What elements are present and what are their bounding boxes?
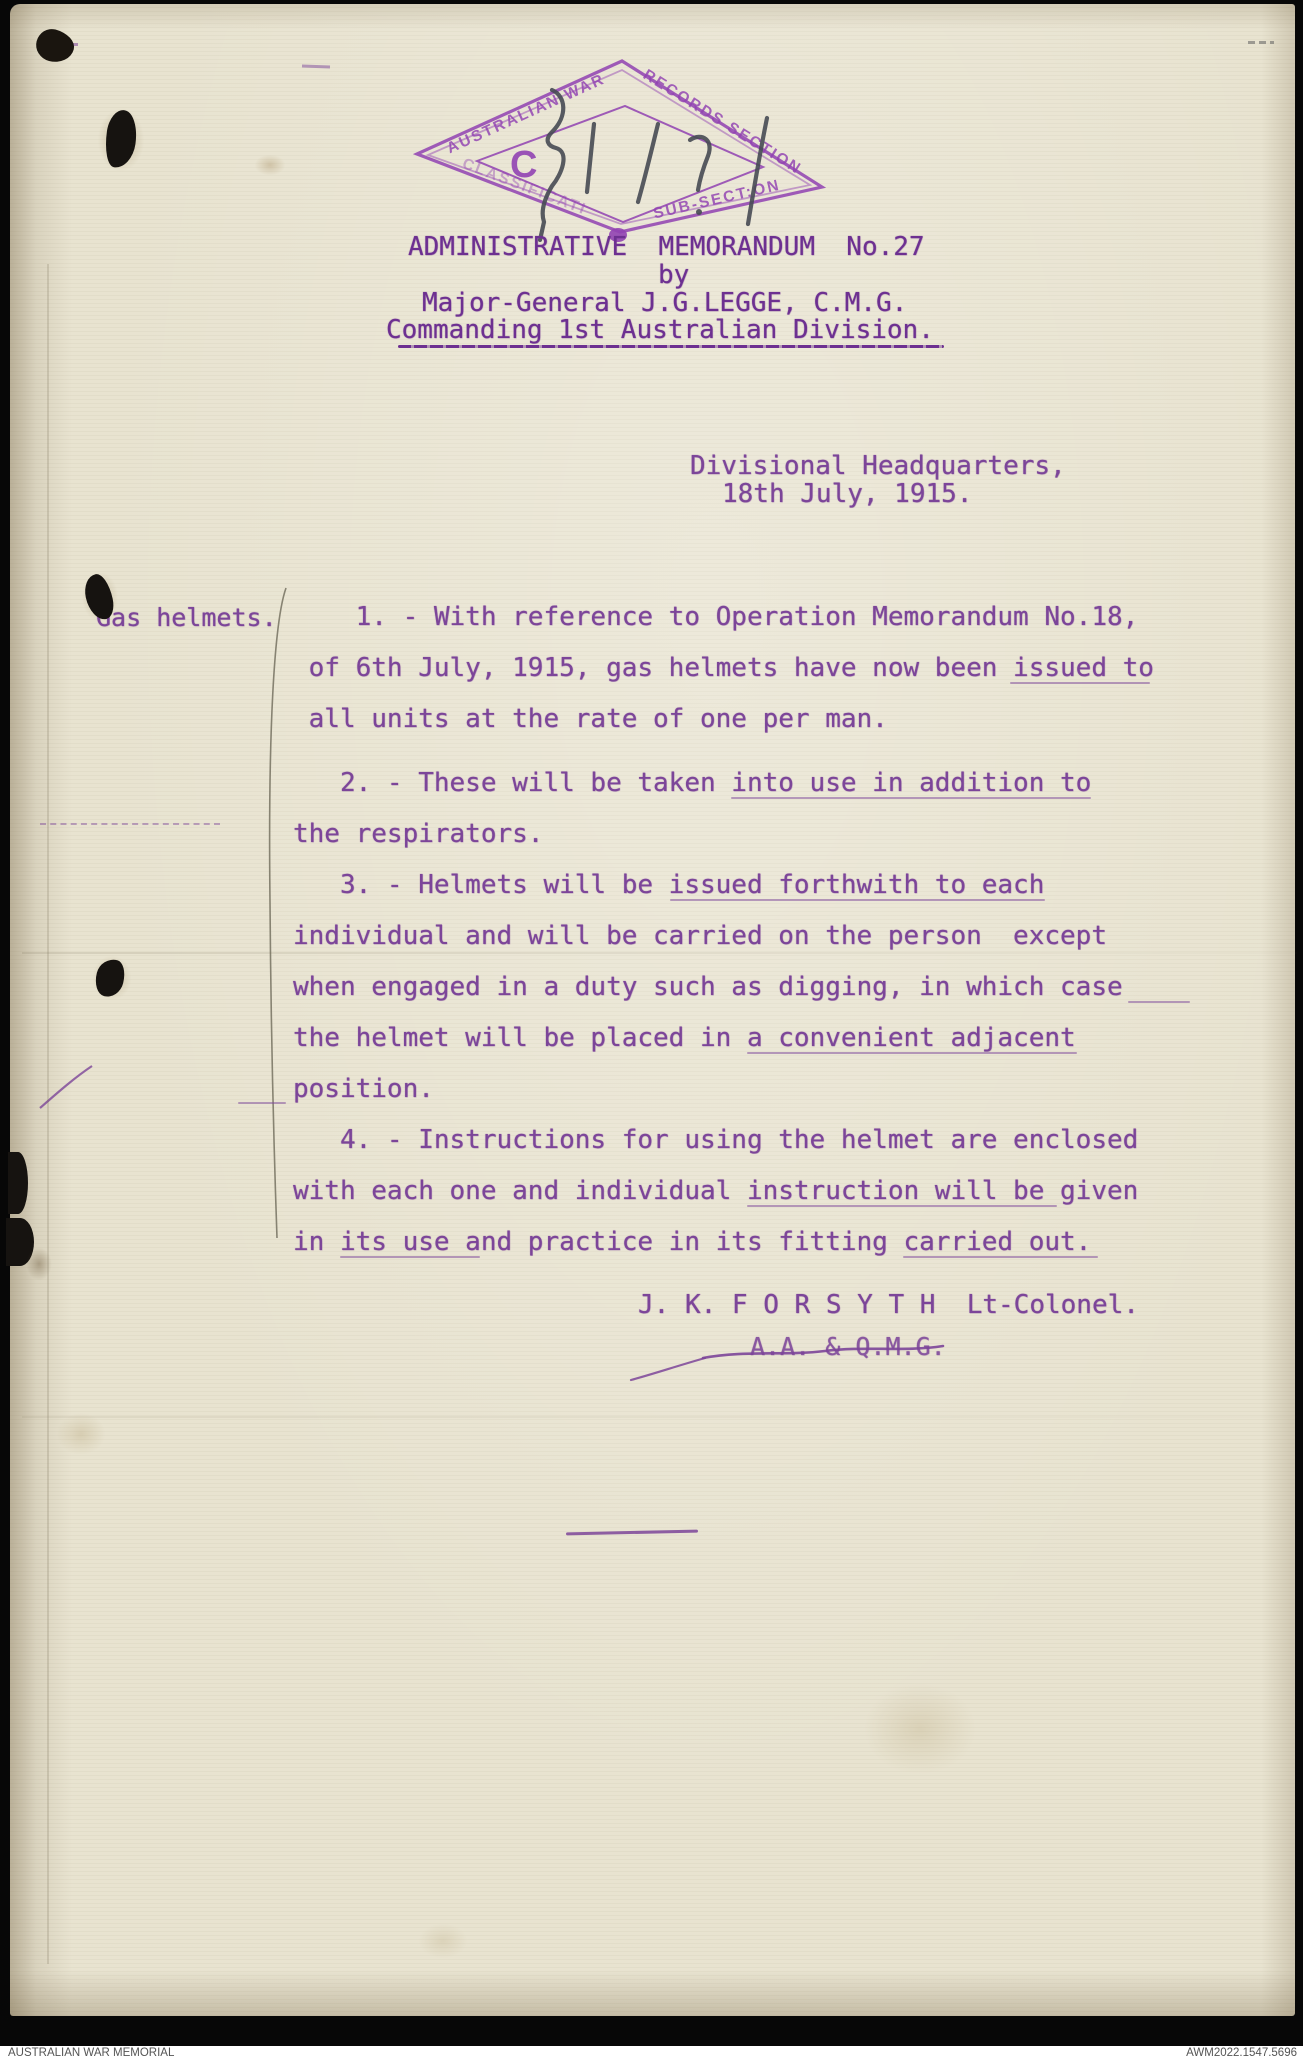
body-line: in its use and practice in its fitting c… — [293, 1217, 1193, 1268]
stamp-letter-c: C — [510, 144, 537, 186]
body-line: 2. - These will be taken into use in add… — [293, 758, 1193, 809]
body-line: with each one and individual instruction… — [293, 1166, 1193, 1217]
margin-note: Gas helmets. — [96, 603, 277, 632]
paragraph: 1. - With reference to Operation Memoran… — [293, 592, 1193, 745]
typed-underline-artifact — [670, 899, 1045, 901]
body-line: the respirators. — [293, 809, 1193, 860]
archive-item-id: AWM2022.1547.5696 — [1186, 2046, 1297, 2061]
edge-smudge — [22, 1242, 56, 1286]
archive-name: AUSTRALIAN WAR MEMORIAL — [8, 2046, 174, 2061]
signature-name: J. K. F O R S Y T H Lt-Colonel. — [638, 1290, 1139, 1320]
stamp-text-top-right: RECORDS SECTION — [640, 66, 805, 178]
dateline-place: Divisional Headquarters, — [690, 451, 1066, 481]
edge-tear — [8, 1152, 28, 1214]
body-line: 3. - Helmets will be issued forthwith to… — [293, 860, 1193, 911]
corner-tear — [33, 26, 78, 67]
body-line: of 6th July, 1915, gas helmets have now … — [293, 643, 1193, 694]
memo-by-line: by — [658, 260, 689, 290]
body-line: the helmet will be placed in a convenien… — [293, 1013, 1193, 1064]
paper-stain — [840, 1664, 1000, 1794]
ink-speck — [302, 65, 330, 69]
paragraph: 4. - Instructions for using the helmet a… — [293, 1115, 1193, 1268]
body-line: individual and will be carried on the pe… — [293, 911, 1193, 962]
pen-check-mark — [34, 1060, 98, 1114]
body-line: position. — [293, 1064, 1193, 1115]
margin-bracket — [260, 582, 294, 1246]
crease-line — [22, 952, 1297, 954]
typed-underline-artifact — [238, 1102, 286, 1104]
paper-sheet: AUSTRALIAN WAR RECORDS SECTION CLASSIFIC… — [10, 4, 1295, 2016]
archive-caption-bar: AUSTRALIAN WAR MEMORIAL AWM2022.1547.569… — [0, 2046, 1303, 2061]
memo-title: ADMINISTRATIVE MEMORANDUM No.27 — [408, 232, 925, 262]
margin-dash-mark — [40, 823, 220, 825]
typed-underline-artifact — [903, 1256, 1098, 1258]
typed-underline-artifact — [1128, 1001, 1190, 1003]
paper-stain — [408, 1916, 478, 1966]
signature-role-scribble — [625, 1330, 965, 1386]
typed-underline-artifact — [747, 1205, 1057, 1207]
typed-underline-artifact — [731, 797, 1091, 799]
body-line: 1. - With reference to Operation Memoran… — [293, 592, 1193, 643]
crease-line — [47, 264, 49, 1964]
body-line: 4. - Instructions for using the helmet a… — [293, 1115, 1193, 1166]
memo-author-command: Commanding 1st Australian Division. — [386, 315, 934, 345]
crease-line — [22, 1416, 1297, 1418]
ink-speck — [1248, 41, 1274, 44]
body-line: all units at the rate of one per man. — [293, 694, 1193, 745]
typed-underline-artifact — [1010, 682, 1150, 684]
short-rule-mark — [566, 1530, 698, 1536]
body-line: when engaged in a duty such as digging, … — [293, 962, 1193, 1013]
typed-underline-artifact — [340, 1256, 480, 1258]
memo-author: Major-General J.G.LEGGE, C.M.G. — [422, 288, 907, 318]
document-body: 1. - With reference to Operation Memoran… — [293, 592, 1193, 1268]
dateline-date: 18th July, 1915. — [722, 479, 972, 509]
classification-stamp: AUSTRALIAN WAR RECORDS SECTION CLASSIFIC… — [390, 44, 845, 259]
typed-underline-artifact — [747, 1052, 1077, 1054]
paper-stain — [248, 150, 292, 180]
paragraph: 2. - These will be taken into use in add… — [293, 758, 1193, 860]
header-underline — [398, 345, 944, 348]
paper-stain — [46, 1404, 116, 1464]
